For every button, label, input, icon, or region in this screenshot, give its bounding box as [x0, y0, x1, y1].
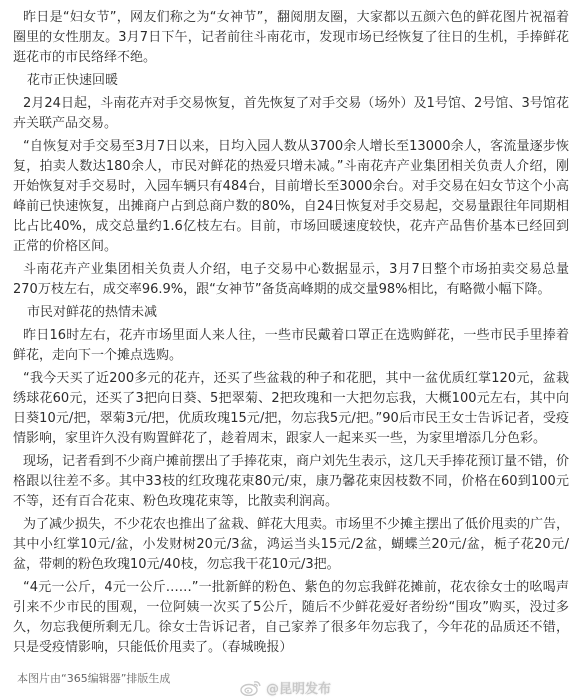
watermark-text: @昆明发布: [266, 678, 331, 697]
editor-credit-note: 本图片由“365编辑器”排版生成: [17, 670, 170, 686]
subhead-market-recovery: 花市正快速回暖: [13, 71, 569, 91]
paragraph-trading-resumed: 2月24日起，斗南花卉对手交易恢复，首先恢复了对手交易（场外）及1号馆、2号馆、…: [13, 94, 569, 134]
subhead-citizen-enthusiasm: 市民对鲜花的热情未减: [13, 303, 569, 323]
paragraph-bouquet-prices: 现场，记者看到不少商户摊前摆出了手捧花束，商户刘先生表示，这几天手捧花预订量不错…: [13, 452, 569, 512]
paragraph-market-scene: 昨日16时左右，花卉市场里面人来人往，一些市民戴着口罩正在选购鲜花，一些市民手里…: [13, 326, 569, 366]
paragraph-clearance-sale: 为了减少损失，不少花农也推出了盆栽、鲜花大甩卖。市场里不少摊主摆出了低价甩卖的广…: [13, 515, 569, 575]
weibo-icon: [240, 680, 262, 696]
paragraph-shopper-quote: “我今天买了近200多元的花卉，还买了些盆栽的种子和花肥，其中一盆优质红掌120…: [13, 369, 569, 449]
weibo-watermark: @昆明发布: [240, 678, 331, 697]
paragraph-visitor-stats: “自恢复对手交易至3月7日以来，日均入园人数从3700余人增长至13000余人，…: [13, 137, 569, 257]
paragraph-auction-stats: 斗南花卉产业集团相关负责人介绍，电子交易中心数据显示，3月7日整个市场拍卖交易总…: [13, 260, 569, 300]
paragraph-forget-me-not: “4元一公斤，4元一公斤……”一批新鲜的粉色、紫色的勿忘我鲜花摊前，花农徐女士的…: [13, 578, 569, 658]
paragraph-intro: 昨日是“妇女节”，网友们称之为“女神节”，翻阅朋友圈，大家都以五颜六色的鲜花图片…: [13, 8, 569, 68]
article-body: 昨日是“妇女节”，网友们称之为“女神节”，翻阅朋友圈，大家都以五颜六色的鲜花图片…: [13, 8, 569, 661]
